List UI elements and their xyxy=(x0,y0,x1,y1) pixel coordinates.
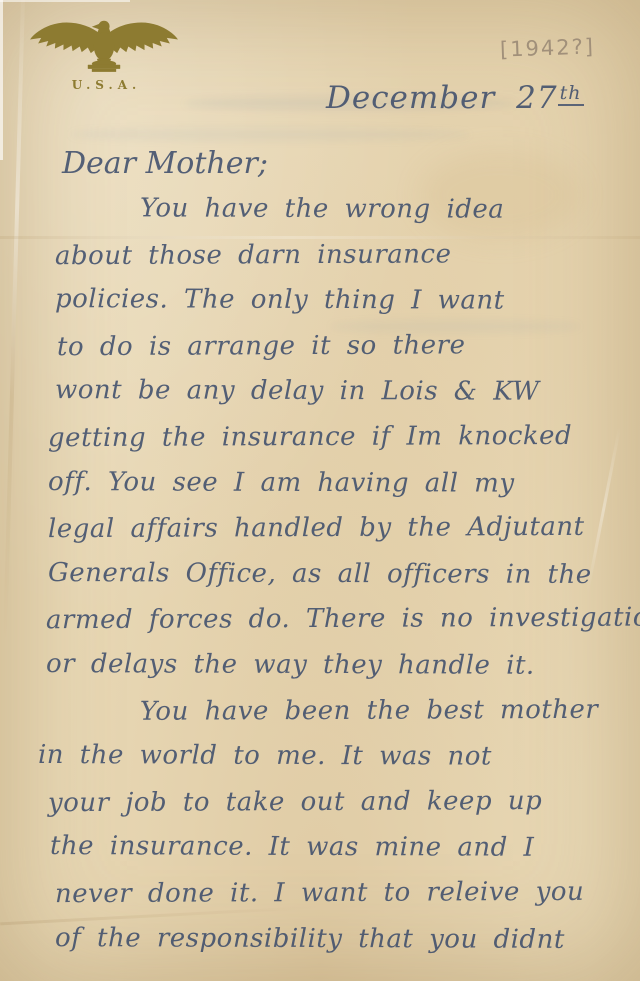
letter-line: Generals Office, as all officers in the xyxy=(0,551,640,599)
letter-line: off. You see I am having all my xyxy=(0,459,640,507)
letter-line: legal affairs handled by the Adjutant xyxy=(0,505,640,553)
eagle-emblem-icon xyxy=(28,8,180,78)
letterhead: U.S.A. xyxy=(28,8,180,92)
letter-line: your job to take out and keep up xyxy=(0,778,640,826)
letter-date: December 27th xyxy=(326,80,584,116)
letter-line: the insurance. It was mine and I xyxy=(0,824,640,872)
letter-line: of the responsibility that you didnt xyxy=(0,915,640,963)
letter-line: in the world to me. It was not xyxy=(0,733,640,781)
archival-date-annotation: [1942?] xyxy=(500,34,596,61)
letter-date-main: December 27 xyxy=(326,80,558,116)
letter-line: You have been the best mother xyxy=(0,687,640,735)
letter-line: getting the insurance if Im knocked xyxy=(0,414,640,462)
letterhead-country-label: U.S.A. xyxy=(28,78,180,92)
salutation: Dear Mother; xyxy=(0,141,640,187)
letter-date-ordinal: th xyxy=(558,82,584,106)
letter-line: You have the wrong idea xyxy=(0,186,640,234)
letter-page: U.S.A. [1942?] December 27th Dear Mother… xyxy=(0,0,640,981)
letter-body: Dear Mother; You have the wrong idea abo… xyxy=(0,141,640,962)
letter-line: policies. The only thing I want xyxy=(0,277,640,325)
paper-edge-highlight xyxy=(0,0,130,2)
letter-line: never done it. I want to releive you xyxy=(0,870,640,918)
ink-bleed-through xyxy=(70,128,470,141)
letter-line: to do is arrange it so there xyxy=(0,322,640,370)
letter-line: armed forces do. There is no investigati… xyxy=(0,596,640,644)
letter-line: wont be any delay in Lois & KW xyxy=(0,368,640,416)
paper-edge-highlight xyxy=(0,0,3,160)
letter-line: about those darn insurance xyxy=(0,231,640,279)
letter-line: or delays the way they handle it. xyxy=(0,642,640,690)
